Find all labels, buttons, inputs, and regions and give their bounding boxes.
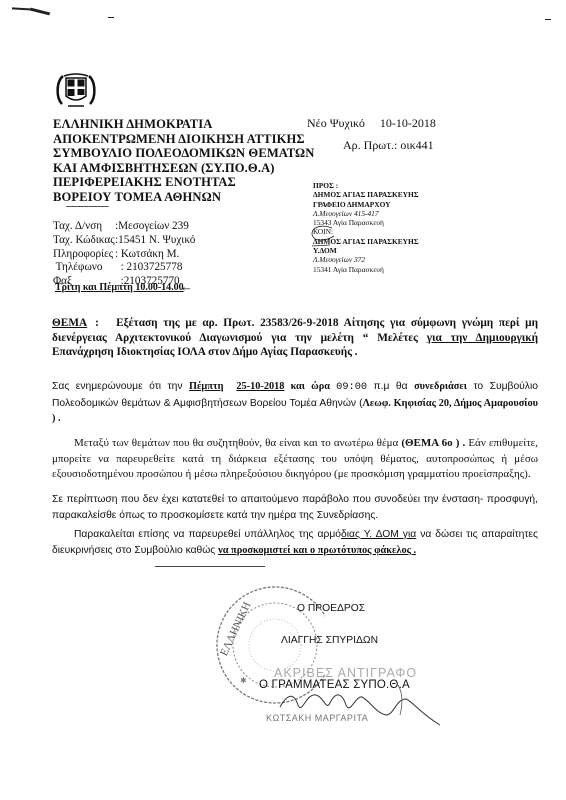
paragraph-topic: Μεταξύ των θεμάτων που θα συζητηθούν, θα…	[52, 436, 538, 483]
office-hours: Τρίτη και Πέμπτη 10.00-14.00	[55, 282, 184, 293]
subject-text: Επανάχρηση Ιδιοκτησίας ΙΟΛΑ στον Δήμο Αγ…	[52, 346, 358, 358]
paragraph-fee: Σε περίπτωση που δεν έχει κατατεθεί το α…	[52, 492, 538, 523]
scan-artifact	[545, 19, 551, 20]
contact-label: Ταχ. Κώδικας	[53, 234, 115, 248]
subject-colon: :	[95, 317, 99, 329]
header-separator: ---------------	[66, 201, 108, 212]
text: Σας ενημερώνουμε ότι την	[52, 381, 189, 392]
issuer-line: ΑΠΟΚΕΝΤΡΩΜΕΝΗ ΔΙΟΙΚΗΣΗ ΑΤΤΙΚΗΣ	[53, 132, 314, 147]
issuer-line: ΠΕΡΙΦΕΡΕΙΑΚΗΣ ΕΝΟΤΗΤΑΣ	[53, 175, 314, 190]
meeting-day: Πέμπτη	[189, 381, 223, 392]
issuer-block: ΕΛΛΗΝΙΚΗ ΔΗΜΟΚΡΑΤΙΑ ΑΠΟΚΕΝΤΡΩΜΕΝΗ ΔΙΟΙΚΗ…	[53, 117, 314, 205]
issuer-line: ΕΛΛΗΝΙΚΗ ΔΗΜΟΚΡΑΤΙΑ	[53, 117, 314, 132]
text-underlined: διας Υ. ΔΟΜ για	[341, 529, 416, 540]
place-date: Νέο Ψυχικό 10-10-2018	[307, 116, 436, 131]
subject-label: ΘΕΜΑ	[52, 317, 87, 329]
greek-coat-of-arms-icon	[54, 70, 98, 110]
to-address: Λ.Μεσογείων 415-417	[313, 209, 419, 218]
contact-value: : Κωτσάκη Μ.	[115, 248, 179, 262]
meeting-date: 25-10-2018	[236, 381, 284, 392]
text-emphasis: να προσκομιστεί και ο πρωτότυπος φάκελος…	[218, 545, 416, 556]
contact-row: Πληροφορίες : Κωτσάκη Μ.	[53, 248, 195, 262]
president-title: Ο ΠΡΟΕΔΡΟΣ	[297, 603, 365, 614]
scan-artifact	[108, 17, 114, 18]
place: Νέο Ψυχικό	[307, 116, 365, 130]
president-name: ΛΙΑΓΓΗΣ ΣΠΥΡΙΔΩΝ	[281, 635, 378, 646]
meeting-time: 09:00	[336, 381, 367, 393]
subject-text-underlined: για την Δημιουργική	[427, 332, 538, 344]
svg-text:ΕΛΛΗΝΙΚΗ: ΕΛΛΗΝΙΚΗ	[218, 600, 253, 658]
contact-row: Τηλέφωνο : 2103725778	[53, 261, 195, 275]
svg-text:✱: ✱	[240, 676, 247, 685]
contact-row: Ταχ. Κώδικας :15451 Ν. Ψυχικό	[53, 234, 195, 248]
text: συνεδριάσει	[414, 381, 467, 392]
contact-label: Τηλέφωνο	[53, 261, 115, 275]
handwritten-loop-mark	[306, 224, 336, 250]
scan-artifact	[30, 8, 50, 16]
text: Παρακαλείται επίσης να παρευρεθεί υπάλλη…	[74, 529, 341, 540]
certified-copy-stamp: ΑΚΡΙΒΕΣ ΑΝΤΙΓΡΑΦΟ	[274, 666, 417, 680]
paragraph-request: Παρακαλείται επίσης να παρευρεθεί υπάλλη…	[52, 527, 538, 558]
contact-value: : 2103725778	[115, 261, 182, 275]
contact-block: Ταχ. Δ/νση :Μεσογείων 239 Ταχ. Κώδικας :…	[53, 220, 195, 289]
topic-number: (ΘΕΜΑ 6ο ) .	[401, 437, 465, 449]
issuer-line: ΣΥΜΒΟΥΛΙΟ ΠΟΛΕΟΔΟΜΙΚΩΝ ΘΕΜΑΤΩΝ	[53, 146, 314, 161]
text: και ώρα	[284, 381, 336, 392]
to-line: ΓΡΑΦΕΙΟ ΔΗΜΑΡΧΟΥ	[313, 200, 419, 209]
protocol-label: Αρ. Πρωτ.:	[343, 138, 397, 152]
contact-row: Ταχ. Δ/νση :Μεσογείων 239	[53, 220, 195, 234]
handwritten-arrow-icon: ←	[180, 279, 193, 295]
contact-value: :15451 Ν. Ψυχικό	[115, 234, 195, 248]
cc-address: 15341 Αγία Παρασκευή	[313, 265, 419, 274]
handwritten-underline	[155, 566, 265, 567]
contact-label: Πληροφορίες	[53, 248, 115, 262]
date: 10-10-2018	[380, 116, 436, 130]
protocol-value: οικ441	[400, 138, 433, 152]
to-label: ΠΡΟΣ :	[313, 181, 419, 190]
cc-address: Λ.Μεσογείων 372	[313, 255, 419, 264]
contact-value: :Μεσογείων 239	[115, 220, 189, 234]
protocol-number: Αρ. Πρωτ.: οικ441	[343, 138, 434, 153]
secretary-name: ΚΩΤΣΑΚΗ ΜΑΡΓΑΡΙΤΑ	[266, 713, 368, 723]
to-line: ΔΗΜΟΣ ΑΓΙΑΣ ΠΑΡΑΣΚΕΥΗΣ	[313, 190, 419, 199]
issuer-line: ΚΑΙ ΑΜΦΙΣΒΗΤΗΣΕΩΝ (ΣΥ.ΠΟ.Θ.Α)	[53, 161, 314, 176]
subject: ΘΕΜΑ: Εξέταση της με αρ. Πρωτ. 23583/26-…	[52, 316, 538, 360]
text: π.μ θα	[367, 381, 414, 392]
text: Μεταξύ των θεμάτων που θα συζητηθούν, θα…	[74, 437, 401, 449]
paragraph-meeting: Σας ενημερώνουμε ότι την Πέμπτη 25-10-20…	[52, 379, 538, 427]
contact-label: Ταχ. Δ/νση	[53, 220, 115, 234]
